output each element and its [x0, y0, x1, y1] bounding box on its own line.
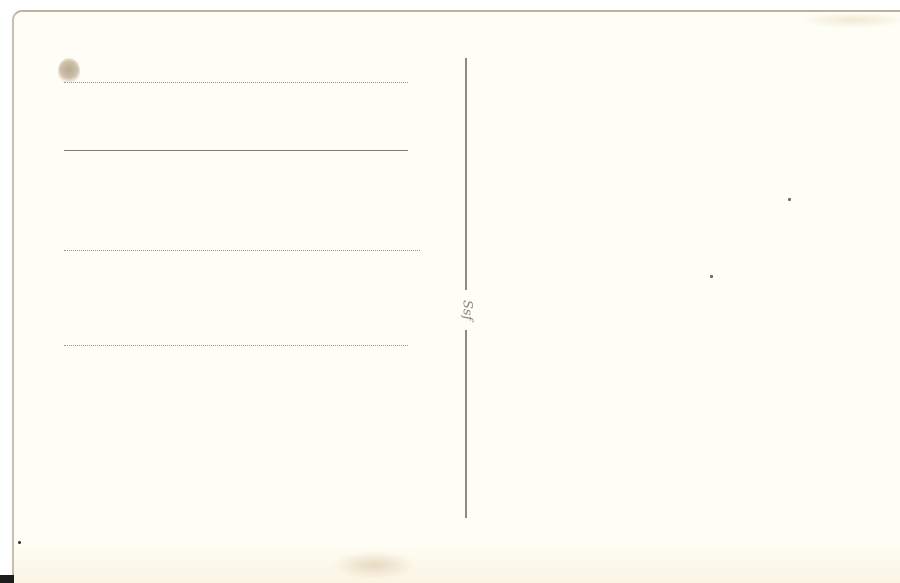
corner-mark — [0, 575, 14, 583]
address-line-2 — [64, 150, 408, 151]
center-divider-line — [465, 58, 467, 518]
address-line-1 — [64, 82, 408, 83]
divider-label: Ssf — [456, 290, 478, 330]
address-line-3 — [64, 250, 420, 251]
speck-mark — [788, 198, 791, 201]
speck-mark — [710, 275, 713, 278]
postcard-back: Ssf — [12, 10, 900, 583]
stain-mark — [58, 58, 80, 84]
edge-speck — [18, 541, 21, 544]
address-line-4 — [64, 345, 408, 346]
